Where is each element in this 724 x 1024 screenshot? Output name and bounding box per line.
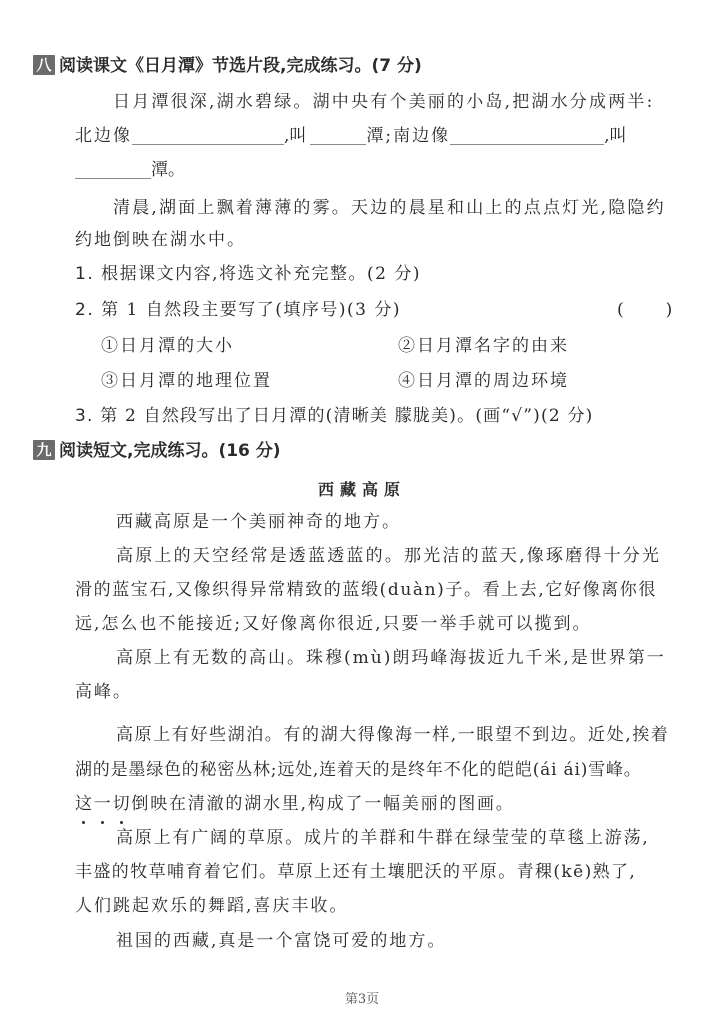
section-8-heading-text: 阅读课文《日月潭》节选片段,完成练习。(7 分) — [59, 56, 422, 76]
article-line-12: 人们跳起欢乐的舞蹈,喜庆丰收。 — [75, 894, 348, 918]
article-title: 西藏高原 — [0, 478, 724, 502]
option-1: ①日月潭的大小 — [101, 334, 234, 358]
section-9-heading-text: 阅读短文,完成练习。(16 分) — [59, 441, 281, 461]
emphasized-phrase: 这一切 — [75, 792, 131, 816]
article-line-9: 这一切 倒映在清澈的湖水里,构成了一幅美丽的图画。 — [75, 792, 515, 816]
blank-north-shape[interactable] — [132, 126, 284, 145]
question-3: 3. 第 2 自然段写出了日月潭的(清晰美 朦胧美)。(画“√”)(2 分) — [75, 404, 594, 428]
question-2-text: 第 1 自然段主要写了(填序号)(3 分) — [101, 300, 401, 320]
blank-south-shape[interactable] — [450, 126, 604, 145]
page-number: 第3页 — [0, 988, 724, 1007]
option-4: ④日月潭的周边环境 — [398, 369, 569, 393]
fill-label-called-2: ,叫 — [604, 126, 626, 146]
article-line-4: 远,怎么也不能接近;又好像离你很近,只要一举手就可以揽到。 — [75, 612, 592, 636]
fill-label-north: 北边像 — [75, 126, 132, 146]
article-line-3: 滑的蓝宝石,又像织得异常精致的蓝缎(duàn)子。看上去,它好像离你很 — [75, 578, 657, 602]
article-line-6: 高峰。 — [75, 680, 132, 704]
paren-close: ) — [666, 300, 673, 320]
section-8-badge: 八 — [33, 55, 55, 75]
emphasis-dot — [120, 821, 123, 824]
option-2: ②日月潭名字的由来 — [398, 334, 569, 358]
emphasis-dot — [82, 821, 85, 824]
question-2: 2. 第 1 自然段主要写了(填序号)(3 分) — [75, 298, 401, 322]
passage-p1-line1: 日月潭很深,湖水碧绿。湖中央有个美丽的小岛,把湖水分成两半: — [113, 90, 655, 114]
article-line-9-rest: 倒映在清澈的湖水里,构成了一幅美丽的图画。 — [131, 794, 514, 814]
question-3-number: 3. — [75, 406, 94, 426]
article-line-13: 祖国的西藏,真是一个富饶可爱的地方。 — [116, 929, 446, 953]
option-3: ③日月潭的地理位置 — [101, 369, 272, 393]
blank-north-name[interactable] — [310, 126, 366, 145]
question-1: 1. 根据课文内容,将选文补充完整。(2 分) — [75, 262, 421, 286]
passage-p1-line3: 潭。 — [75, 158, 185, 182]
passage-p2-line1: 清晨,湖面上飘着薄薄的雾。天边的晨星和山上的点点灯光,隐隐约 — [113, 196, 666, 220]
question-1-text: 根据课文内容,将选文补充完整。(2 分) — [101, 264, 421, 284]
emphasized-text: 这一切 — [75, 794, 131, 814]
section-8-heading: 八阅读课文《日月潭》节选片段,完成练习。(7 分) — [33, 54, 422, 78]
article-line-1: 西藏高原是一个美丽神奇的地方。 — [116, 510, 401, 534]
section-9-heading: 九阅读短文,完成练习。(16 分) — [33, 439, 281, 463]
article-line-7: 高原上有好些湖泊。有的湖大得像海一样,一眼望不到边。近处,挨着 — [116, 723, 669, 747]
blank-south-name[interactable] — [75, 160, 151, 179]
passage-p2-line2: 约地倒映在湖水中。 — [75, 228, 246, 252]
question-2-number: 2. — [75, 300, 94, 320]
passage-p1-line2: 北边像,叫潭;南边像,叫 — [75, 124, 627, 148]
article-line-11: 丰盛的牧草哺育着它们。草原上还有土壤肥沃的平原。青稞(kē)熟了, — [75, 860, 636, 884]
fill-label-south: 潭;南边像 — [366, 126, 450, 146]
paren-open: ( — [617, 300, 624, 320]
article-line-5: 高原上有无数的高山。珠穆(mù)朗玛峰海拔近九千米,是世界第一 — [116, 646, 666, 670]
emphasis-dot — [101, 821, 104, 824]
fill-tail: 潭。 — [151, 160, 185, 180]
article-line-2: 高原上的天空经常是透蓝透蓝的。那光洁的蓝天,像琢磨得十分光 — [116, 544, 661, 568]
question-2-answer-box[interactable]: () — [617, 298, 672, 322]
article-line-8: 湖的是墨绿色的秘密丛林;远处,连着天的是终年不化的皑皑(ái ái)雪峰。 — [75, 758, 642, 782]
fill-label-called-1: ,叫 — [284, 126, 306, 146]
question-3-text: 第 2 自然段写出了日月潭的(清晰美 朦胧美)。(画“√”)(2 分) — [100, 406, 593, 426]
article-line-10: 高原上有广阔的草原。成片的羊群和牛群在绿莹莹的草毯上游荡, — [116, 826, 650, 850]
question-1-number: 1. — [75, 264, 94, 284]
section-9-badge: 九 — [33, 440, 55, 460]
